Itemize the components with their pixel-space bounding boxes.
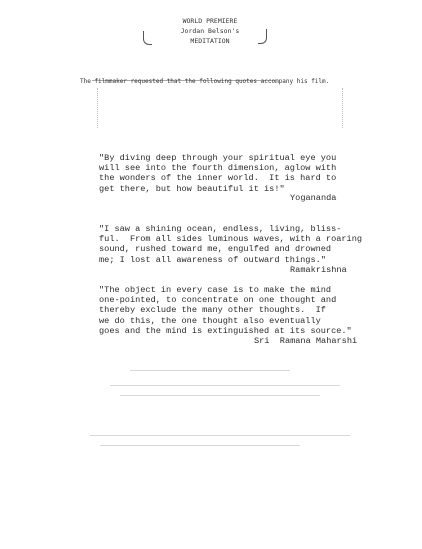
faded-text-ghost <box>130 370 290 371</box>
attribution-ramakrishna: Ramakrishna <box>290 265 347 275</box>
faded-text-ghost <box>120 395 320 396</box>
handwritten-bracket-right <box>258 29 267 44</box>
intro-line: The filmmaker requested that the followi… <box>80 78 400 85</box>
title-film: MEDITATION <box>150 36 270 46</box>
quote-ramakrishna: "I saw a shining ocean, endless, living,… <box>99 224 399 265</box>
quote-ramana-maharshi: "The object in every case is to make the… <box>99 285 399 336</box>
faded-text-ghost <box>110 385 340 386</box>
faded-text-ghost <box>90 435 350 436</box>
paste-edge-right <box>342 88 343 128</box>
paste-edge-left <box>97 88 98 128</box>
quote-yogananda: "By diving deep through your spiritual e… <box>99 153 399 194</box>
attribution-ramana-maharshi: Sri Ramana Maharshi <box>254 336 357 346</box>
title-filmmaker: Jordan Belson's <box>150 26 270 36</box>
handwritten-bracket-left <box>143 31 152 45</box>
attribution-yogananda: Yogananda <box>290 193 336 203</box>
faded-text-ghost <box>100 445 300 446</box>
title-block: WORLD PREMIERE Jordan Belson's MEDITATIO… <box>150 16 270 46</box>
title-world-premiere: WORLD PREMIERE <box>150 16 270 26</box>
